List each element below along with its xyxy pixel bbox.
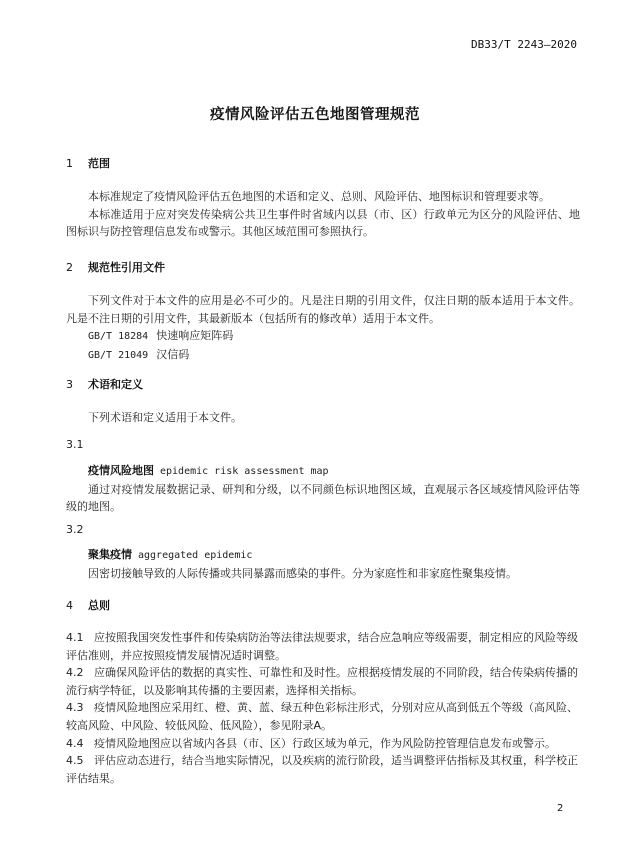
section-1-heading: 1范围 [66, 155, 580, 173]
section-title: 总则 [88, 599, 110, 612]
section-2-heading: 2规范性引用文件 [66, 259, 580, 277]
section-number: 1 [66, 155, 88, 173]
section-2-body: 下列文件对于本文件的应用是必不可少的。凡是注日期的引用文件，仅注日期的版本适用于… [66, 292, 580, 364]
term-3-1: 疫情风险地图epidemic risk assessment map 通过对疫情… [66, 462, 580, 516]
term-en: epidemic risk assessment map [160, 466, 329, 477]
clause-4-2: 4.2应确保风险评估的数据的真实性、可靠性和及时性。应根据疫情发展的不同阶段，结… [66, 664, 580, 699]
clause-4-4: 4.4疫情风险地图应以省域内各县（市、区）行政区域为单元，作为风险防控管理信息发… [66, 735, 580, 753]
section-1-body: 本标准规定了疫情风险评估五色地图的术语和定义、总则、风险评估、地图标识和管理要求… [66, 188, 580, 241]
clause-text: 疫情风险地图应以省域内各县（市、区）行政区域为单元，作为风险防控管理信息发布或警… [94, 737, 556, 750]
reference-code: GB/T 18284 [88, 331, 148, 342]
clause-text: 评估应动态进行，结合当地实际情况，以及疾病的流行阶段，适当调整评估指标及其权重，… [66, 754, 578, 785]
clause-number: 4.3 [66, 699, 94, 717]
term-definition: 通过对疫情发展数据记录、研判和分级，以不同颜色标识地图区域，直观展示各区域疫情风… [66, 481, 580, 516]
section-number: 3 [66, 376, 88, 394]
page-title: 疫情风险评估五色地图管理规范 [0, 103, 630, 124]
clause-text: 应按照我国突发性事件和传染病防治等法律法规要求，结合应急响应等级需要，制定相应的… [66, 631, 578, 662]
clause-number: 4.5 [66, 752, 94, 770]
term-en: aggregated epidemic [138, 550, 252, 561]
section-3-intro: 下列术语和定义适用于本文件。 [66, 409, 580, 427]
clause-4-5: 4.5评估应动态进行，结合当地实际情况，以及疾病的流行阶段，适当调整评估指标及其… [66, 752, 580, 787]
term-zh: 聚集疫情 [88, 548, 132, 561]
clause-4-1: 4.1应按照我国突发性事件和传染病防治等法律法规要求，结合应急响应等级需要，制定… [66, 629, 580, 664]
section-4-heading: 4总则 [66, 597, 580, 615]
reference-name: 汉信码 [156, 348, 189, 361]
term-3-2-number: 3.2 [66, 521, 580, 539]
section-3-heading: 3术语和定义 [66, 376, 580, 394]
section-number: 4 [66, 597, 88, 615]
standard-number: DB33/T 2243—2020 [471, 38, 577, 51]
reference-code: GB/T 21049 [88, 350, 148, 361]
clause-4-3: 4.3疫情风险地图应采用红、橙、黄、蓝、绿五种色彩标注形式，分别对应从高到低五个… [66, 699, 580, 734]
clause-number: 4.2 [66, 664, 94, 682]
paragraph: 下列文件对于本文件的应用是必不可少的。凡是注日期的引用文件，仅注日期的版本适用于… [66, 292, 580, 327]
normative-reference: GB/T 18284快速响应矩阵码 [66, 327, 580, 346]
term-definition: 因密切接触导致的人际传播或共同暴露而感染的事件。分为家庭性和非家庭性聚集疫情。 [66, 565, 580, 583]
paragraph: 下列术语和定义适用于本文件。 [66, 409, 580, 427]
section-number: 2 [66, 259, 88, 277]
term-3-1-number: 3.1 [66, 436, 580, 454]
clause-number: 4.4 [66, 735, 94, 753]
term-3-2: 聚集疫情aggregated epidemic 因密切接触导致的人际传播或共同暴… [66, 546, 580, 582]
clause-number: 4.1 [66, 629, 94, 647]
normative-reference: GB/T 21049汉信码 [66, 346, 580, 365]
section-4-body: 4.1应按照我国突发性事件和传染病防治等法律法规要求，结合应急响应等级需要，制定… [66, 629, 580, 787]
reference-name: 快速响应矩阵码 [156, 329, 233, 342]
clause-text: 疫情风险地图应采用红、橙、黄、蓝、绿五种色彩标注形式，分别对应从高到低五个等级（… [66, 701, 578, 732]
section-title: 规范性引用文件 [88, 261, 165, 274]
section-title: 范围 [88, 157, 110, 170]
section-title: 术语和定义 [88, 378, 143, 391]
page-number: 2 [557, 803, 563, 814]
clause-text: 应确保风险评估的数据的真实性、可靠性和及时性。应根据疫情发展的不同阶段，结合传染… [66, 666, 578, 697]
paragraph: 本标准规定了疫情风险评估五色地图的术语和定义、总则、风险评估、地图标识和管理要求… [66, 188, 580, 206]
paragraph: 本标准适用于应对突发传染病公共卫生事件时省域内以县（市、区）行政单元为区分的风险… [66, 206, 580, 241]
term-zh: 疫情风险地图 [88, 464, 154, 477]
document-page: DB33/T 2243—2020 疫情风险评估五色地图管理规范 1范围 本标准规… [0, 0, 630, 866]
